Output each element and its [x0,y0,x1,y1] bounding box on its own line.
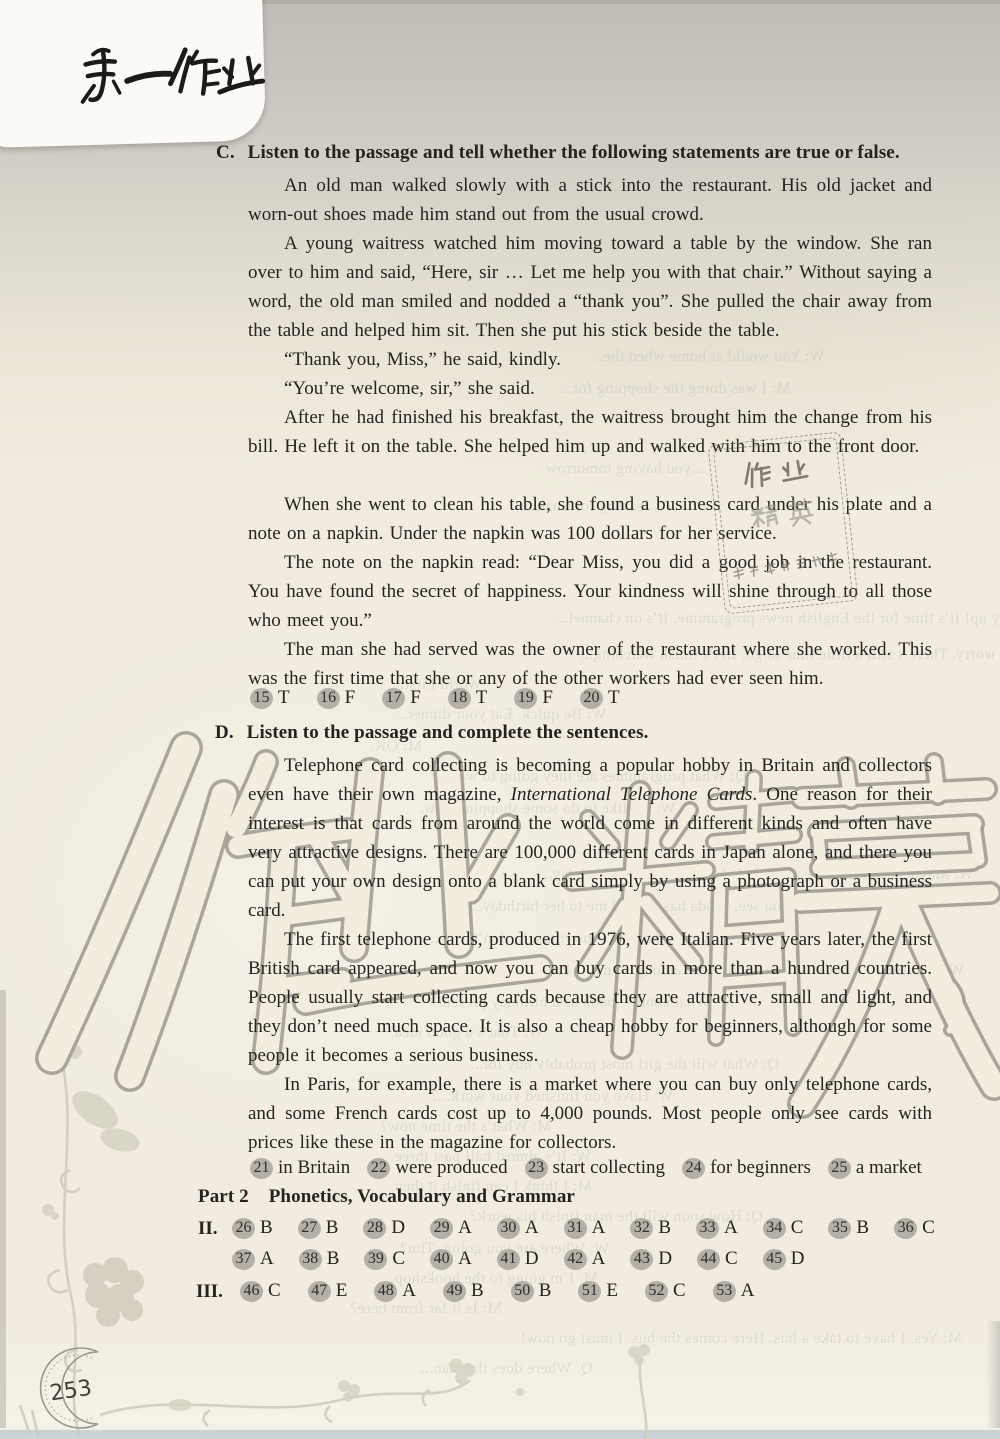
answer-value: D [525,1248,539,1270]
section-c-label: C. [216,142,235,164]
answer-item: 32B [630,1217,671,1239]
answer-value: C [725,1248,738,1270]
answer-value: F [345,687,356,709]
answer-item: 41D [497,1248,539,1270]
answer-value: F [542,687,553,709]
answer-number-badge: 31 [564,1218,587,1239]
answer-value: a market [856,1157,922,1179]
answer-number-badge: 38 [299,1249,322,1270]
answer-value: C [791,1217,804,1239]
answer-item: 49B [443,1280,484,1302]
answer-number-badge: 21 [250,1158,273,1179]
section-d-heading: D.Listen to the passage and complete the… [215,722,648,744]
answer-value: B [658,1217,671,1239]
answer-number-badge: 42 [564,1249,587,1270]
answer-number-badge: 28 [363,1218,386,1239]
answer-value: B [326,1217,339,1239]
answer-value: C [922,1217,935,1239]
answer-number-badge: 39 [364,1249,387,1270]
answer-value: D [791,1248,805,1270]
answer-number-badge: 25 [828,1158,851,1179]
answer-number-badge: 33 [696,1218,719,1239]
answers-row-c: 15T16F17F18T19F20T [250,687,620,709]
answer-number-badge: 19 [514,688,537,709]
section-c-heading: C.Listen to the passage and tell whether… [216,142,900,164]
answer-item: 22were produced [367,1157,507,1179]
answer-item: 52C [645,1280,686,1302]
answer-number-badge: 48 [374,1281,397,1302]
part2-heading-text: Phonetics, Vocabulary and Grammar [269,1186,575,1207]
answer-item: 35B [828,1217,869,1239]
paragraph: In Paris, for example, there is a market… [248,1070,932,1157]
answer-number-badge: 36 [894,1218,917,1239]
text-segment: The man she had served was the owner of … [248,639,932,689]
answer-value: A [592,1248,606,1270]
answer-item: 18T [448,687,488,709]
answer-number-badge: 35 [828,1218,851,1239]
answers-row-d: 21in Britain22were produced23start colle… [250,1157,922,1179]
answer-value: D [391,1217,405,1239]
answer-number-badge: 40 [430,1249,453,1270]
roman-iii-label: III. [196,1281,223,1303]
answer-item: 42A [564,1248,606,1270]
answer-number-badge: 52 [645,1281,668,1302]
answer-item: 48A [374,1280,416,1302]
answer-value: B [539,1280,552,1302]
answer-item: 20T [580,687,620,709]
answer-number-badge: 46 [240,1281,263,1302]
answers-row-iii: 46C47E48A49B50B51E52C53A [240,1280,754,1302]
answers-row-ii-2: 37A38B39C40A41D42A43D44C45D [232,1248,804,1270]
answer-item: 51E [578,1280,618,1302]
answer-number-badge: 32 [630,1218,653,1239]
answer-item: 23start collecting [525,1157,665,1179]
answer-item: 43D [630,1248,672,1270]
answer-value: B [327,1248,340,1270]
answer-value: A [402,1280,416,1302]
answer-item: 45D [763,1248,805,1270]
ghost-stamp [707,431,858,614]
paragraph: The man she had served was the owner of … [248,635,932,693]
answer-number-badge: 50 [511,1281,534,1302]
answer-value: A [458,1248,472,1270]
answer-number-badge: 27 [298,1218,321,1239]
text-segment: An old man walked slowly with a stick in… [248,175,932,225]
answer-value: A [458,1217,472,1239]
answer-value: B [856,1217,869,1239]
answer-item: 26B [232,1217,273,1239]
answer-value: F [410,687,421,709]
answer-number-badge: 37 [232,1249,255,1270]
answer-value: E [336,1280,348,1302]
answer-value: T [476,687,488,709]
answer-item: 24for beginners [682,1157,811,1179]
printed-content: C.Listen to the passage and tell whether… [0,0,1000,1439]
answer-number-badge: 22 [367,1158,390,1179]
answer-value: D [658,1248,672,1270]
answer-item: 44C [697,1248,738,1270]
answer-item: 31A [564,1217,606,1239]
answer-value: start collecting [553,1157,665,1179]
answer-number-badge: 53 [713,1281,736,1302]
answer-item: 25a market [828,1157,922,1179]
answer-number-badge: 51 [578,1281,601,1302]
calligraphy-title [63,34,271,122]
answer-item: 30A [497,1217,539,1239]
part2-label: Part 2 [198,1186,249,1208]
answer-item: 38B [299,1248,340,1270]
answer-value: T [608,687,620,709]
answer-number-badge: 18 [448,688,471,709]
answers-row-ii-1: 26B27B28D29A30A31A32B33A34C35B36C [232,1217,935,1239]
answer-number-badge: 49 [443,1281,466,1302]
text-segment: The first telephone cards, produced in 1… [248,929,932,1066]
answer-number-badge: 16 [317,688,340,709]
answer-value: were produced [395,1157,507,1179]
answer-value: A [260,1248,274,1270]
answer-item: 37A [232,1248,274,1270]
answer-number-badge: 26 [232,1218,255,1239]
answer-value: E [606,1280,618,1302]
answer-number-badge: 20 [580,688,603,709]
answer-item: 17F [382,687,421,709]
paragraph: A young waitress watched him moving towa… [248,229,932,345]
answer-number-badge: 15 [250,688,273,709]
text-segment: International Telephone Cards [511,784,753,805]
answer-number-badge: 17 [382,688,405,709]
section-c-heading-text: Listen to the passage and tell whether t… [248,142,900,163]
scanned-workbook-page: W: You would at home when the...M: I was… [0,0,1000,1439]
answer-value: A [741,1280,755,1302]
paragraph: An old man walked slowly with a stick in… [248,171,932,229]
answer-value: A [525,1217,539,1239]
answer-value: C [673,1280,686,1302]
answer-number-badge: 30 [497,1218,520,1239]
page-number: 253 [48,1376,93,1407]
answer-value: C [392,1248,405,1270]
part2-heading: Part 2Phonetics, Vocabulary and Grammar [198,1186,575,1208]
answer-number-badge: 34 [763,1218,786,1239]
answer-item: 46C [240,1280,281,1302]
answer-value: for beginners [710,1157,811,1179]
page-number-moon: 253 [18,1342,122,1434]
answer-item: 36C [894,1217,935,1239]
paragraph: The first telephone cards, produced in 1… [248,925,932,1070]
paragraph: “You’re welcome, sir,” she said. [248,374,932,403]
text-segment: “Thank you, Miss,” he said, kindly. [284,349,561,370]
roman-ii-label: II. [198,1218,218,1240]
answer-value: B [471,1280,484,1302]
stamp-inner-border [713,437,853,609]
answer-number-badge: 24 [682,1158,705,1179]
paragraph: “Thank you, Miss,” he said, kindly. [248,345,932,374]
answer-item: 50B [511,1280,552,1302]
answer-value: A [592,1217,606,1239]
answer-number-badge: 43 [630,1249,653,1270]
answer-value: A [724,1217,738,1239]
answer-item: 33A [696,1217,738,1239]
answer-item: 47E [308,1280,348,1302]
answer-item: 34C [763,1217,804,1239]
answer-item: 21in Britain [250,1157,350,1179]
answer-value: B [260,1217,273,1239]
answer-item: 19F [514,687,553,709]
text-segment: In Paris, for example, there is a market… [248,1074,932,1153]
answer-number-badge: 29 [430,1218,453,1239]
answer-item: 29A [430,1217,472,1239]
answer-item: 39C [364,1248,405,1270]
answer-item: 40A [430,1248,472,1270]
answer-item: 53A [713,1280,755,1302]
answer-value: C [268,1280,281,1302]
answer-number-badge: 44 [697,1249,720,1270]
answer-value: T [278,687,290,709]
answer-item: 16F [317,687,356,709]
answer-number-badge: 23 [525,1158,548,1179]
text-segment: A young waitress watched him moving towa… [248,233,932,341]
answer-number-badge: 47 [308,1281,331,1302]
answer-number-badge: 41 [497,1249,520,1270]
answer-item: 28D [363,1217,405,1239]
answer-item: 15T [250,687,290,709]
section-d-heading-text: Listen to the passage and complete the s… [247,722,649,743]
corner-tab [0,0,266,148]
paragraph: Telephone card collecting is becoming a … [248,751,932,925]
section-d-label: D. [215,722,234,744]
answer-number-badge: 45 [763,1249,786,1270]
text-segment: “You’re welcome, sir,” she said. [284,378,535,399]
answer-item: 27B [298,1217,339,1239]
answer-value: in Britain [278,1157,350,1179]
